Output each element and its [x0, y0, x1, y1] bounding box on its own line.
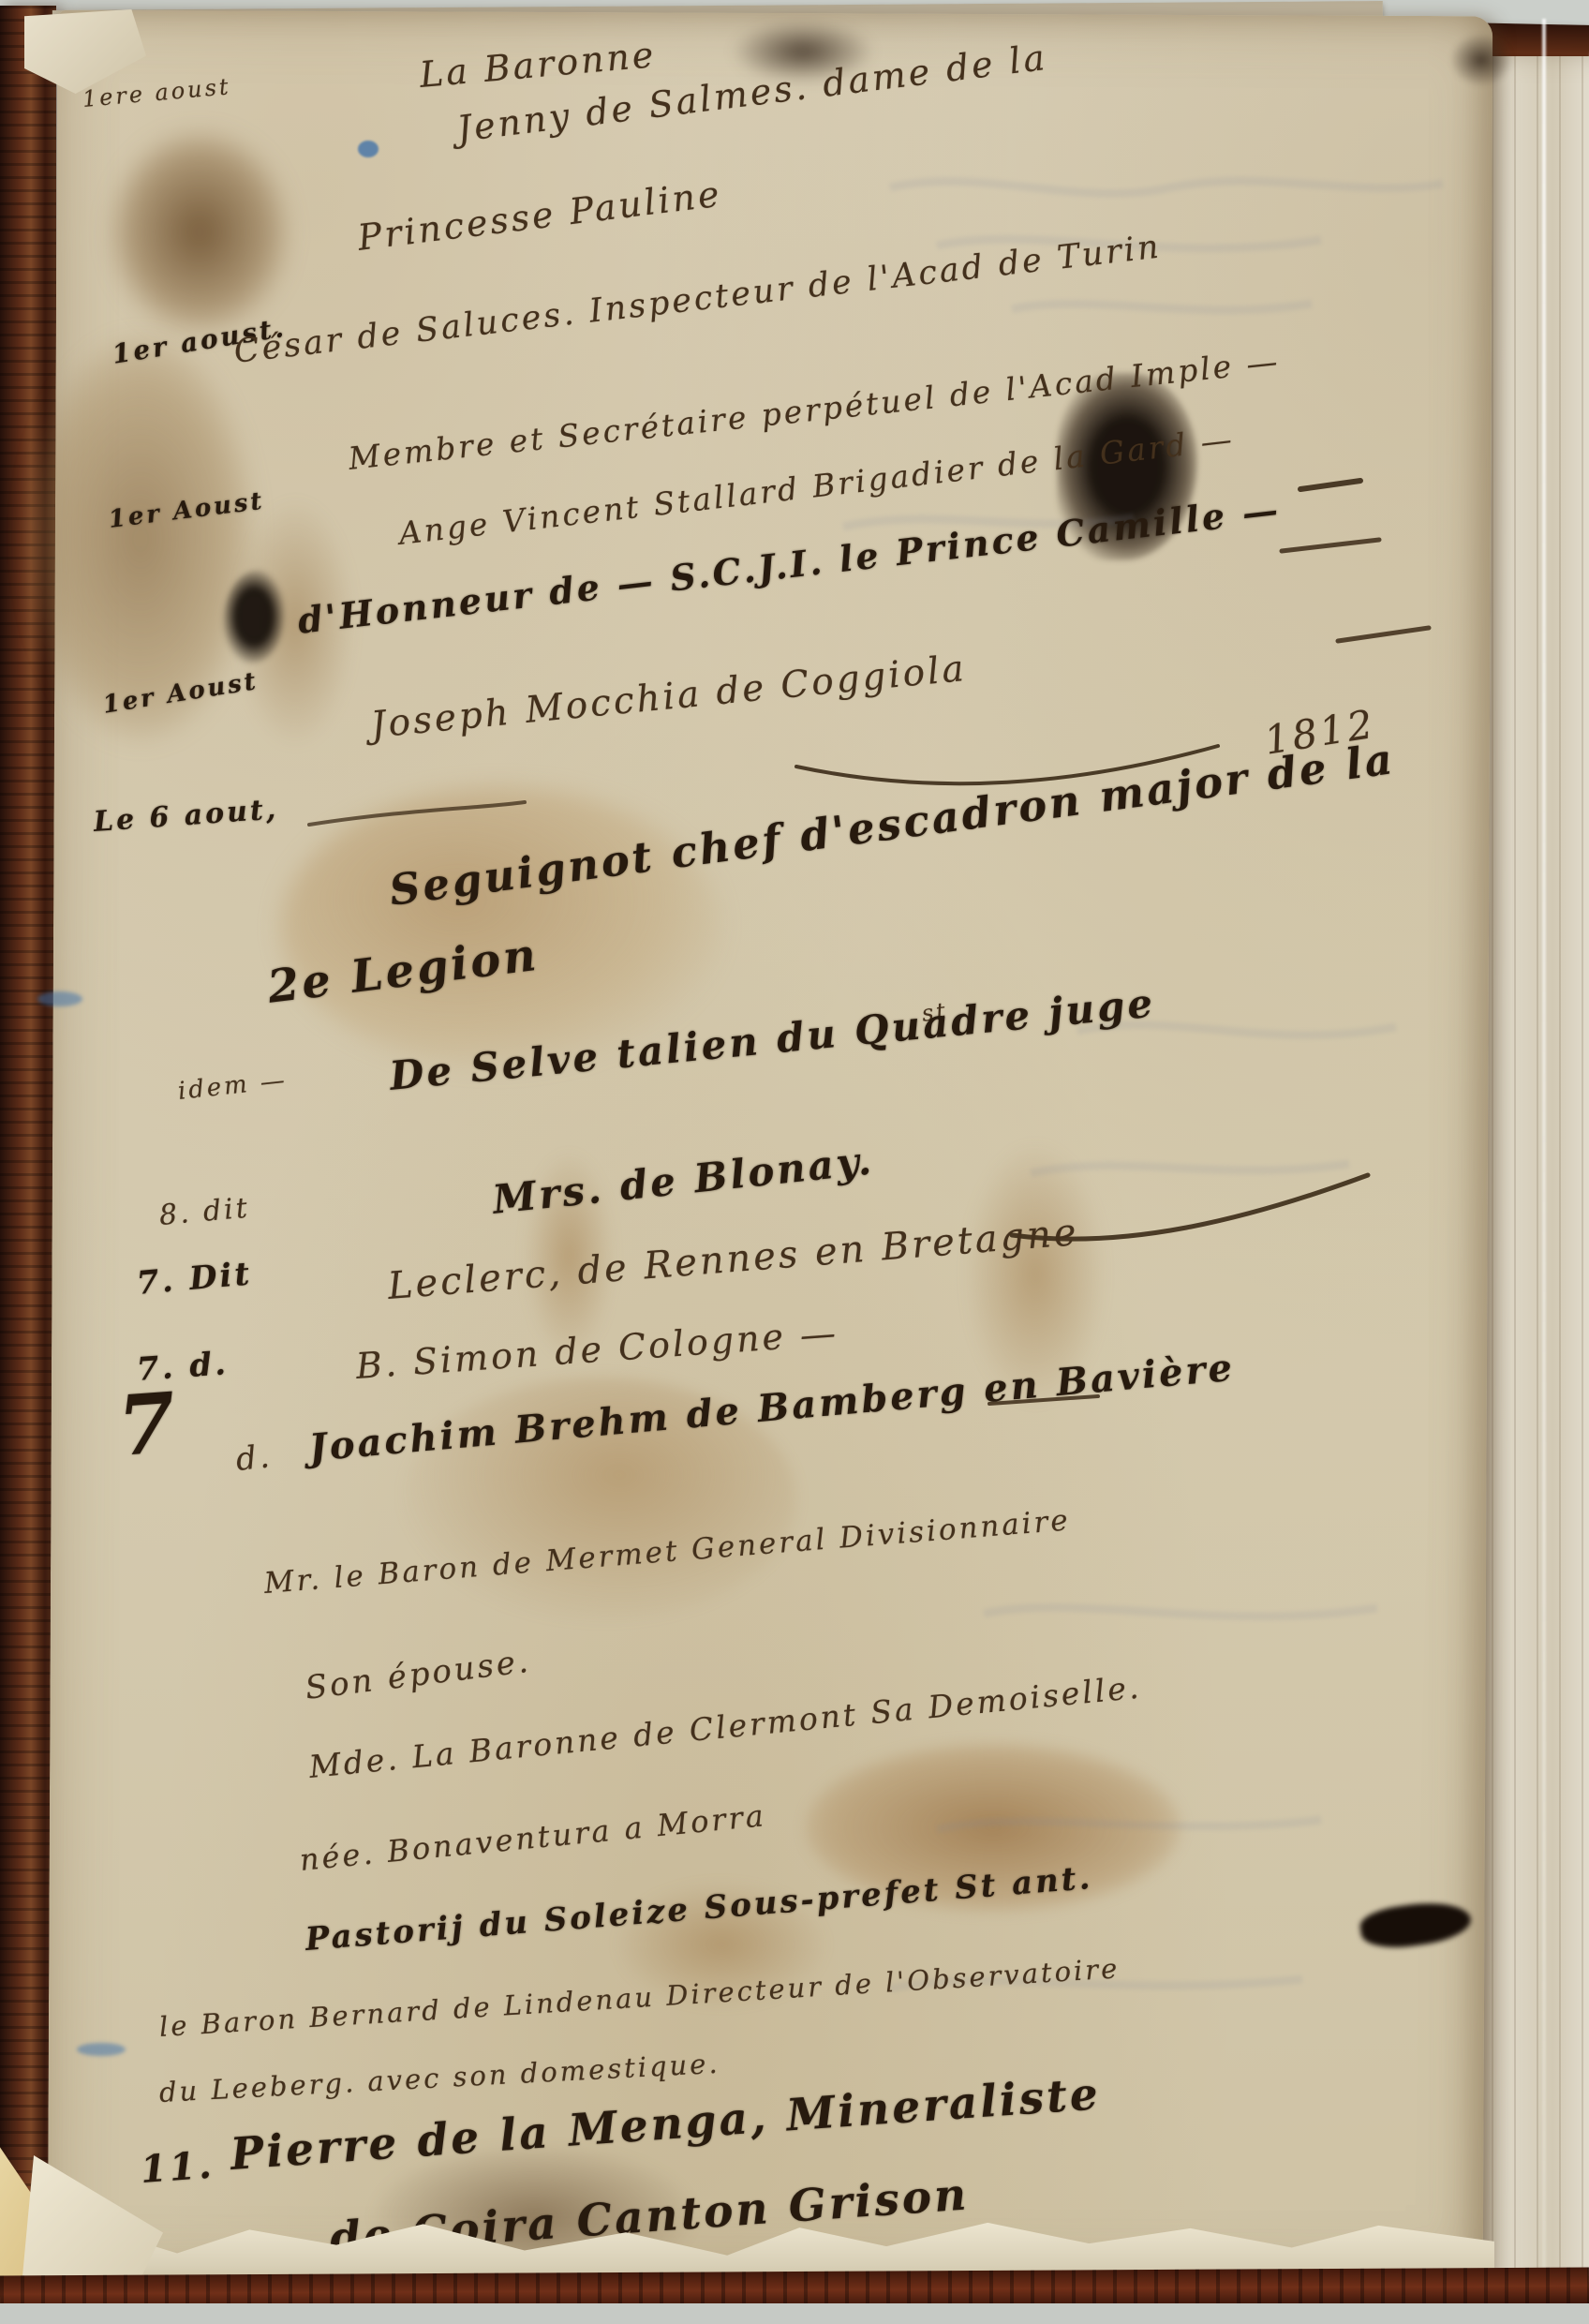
margin-number: 11.: [139, 2143, 215, 2192]
background-bottom: [0, 2303, 1589, 2324]
next-page-fold-highlight: [1542, 19, 1546, 2296]
margin-ditto: d.: [234, 1438, 275, 1479]
margin-number: 7: [114, 1374, 181, 1475]
book-scan: { "document_kind": "handwritten guest re…: [0, 0, 1589, 2324]
book-spine-leather: [0, 6, 56, 2313]
